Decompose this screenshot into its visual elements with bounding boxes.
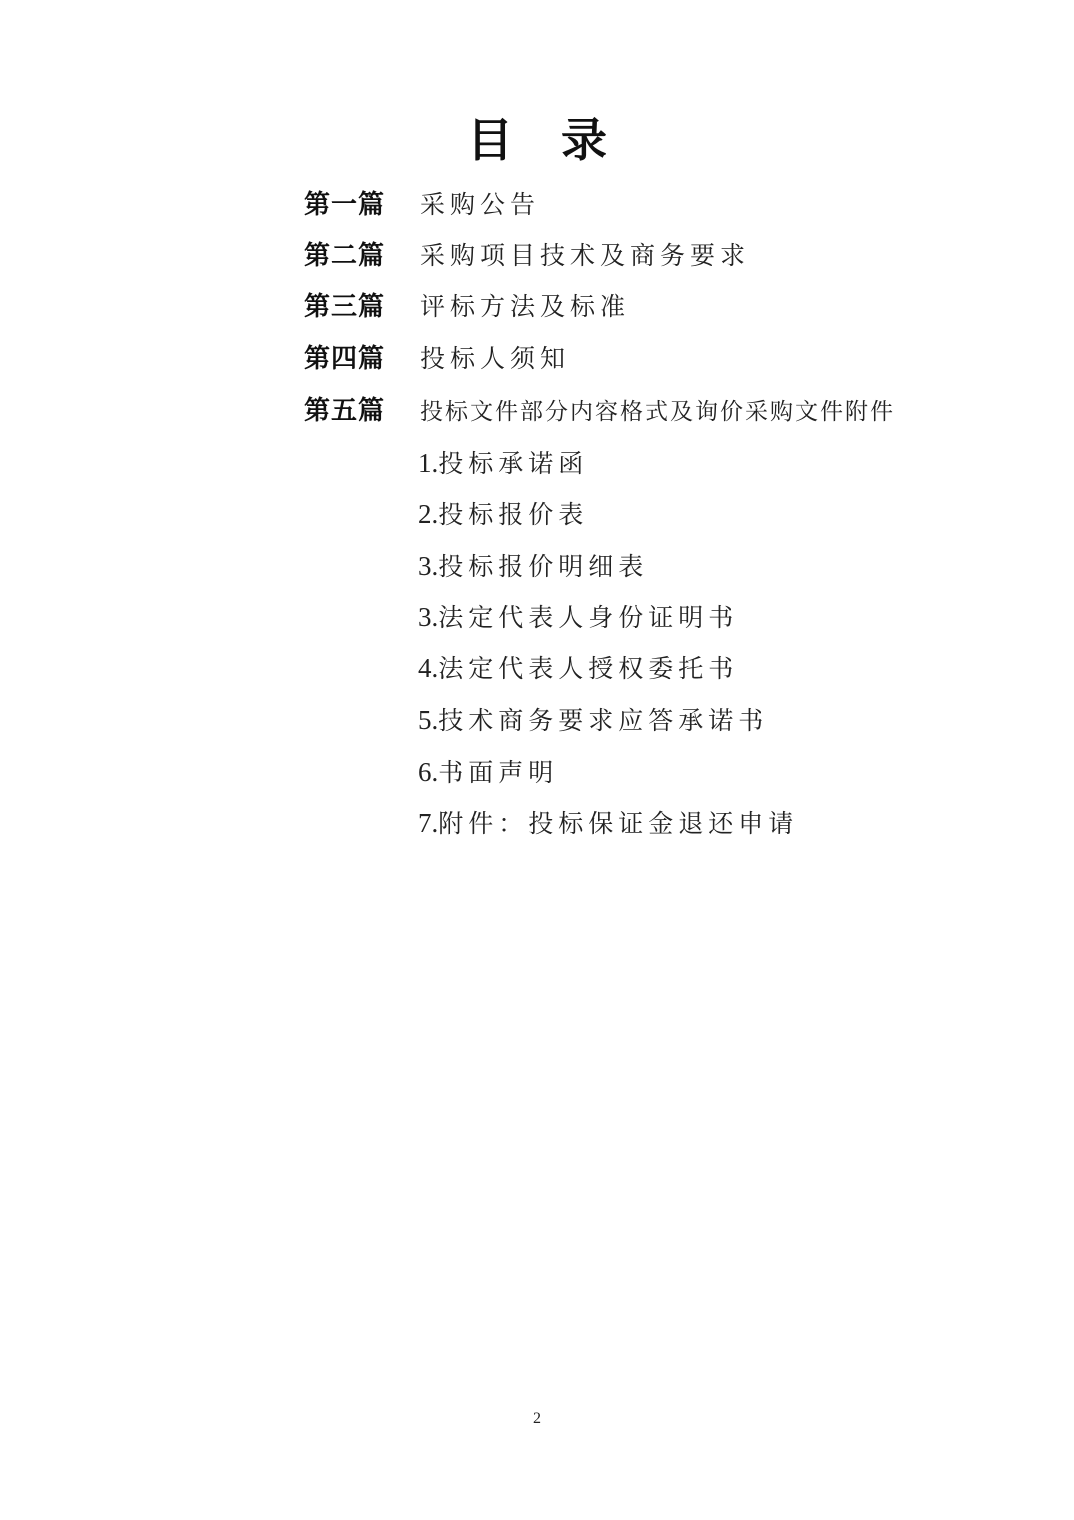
toc-part-label: 第五篇: [304, 391, 420, 431]
toc-part-label: 第三篇: [304, 287, 420, 327]
toc-attachment-number: 6.: [418, 757, 438, 787]
toc-part-label: 第一篇: [304, 185, 420, 225]
page-title: 目录: [0, 110, 1074, 170]
toc-attachment-number: 5.: [418, 705, 438, 735]
toc-attachment-text: 法定代表人身份证明书: [438, 603, 738, 632]
toc-attachment-number: 2.: [418, 499, 438, 529]
toc-attachment-8[interactable]: 7.附件：投标保证金退还申请: [418, 803, 798, 843]
page-title-char-2: 录: [561, 113, 607, 167]
toc-attachment-3[interactable]: 3.投标报价明细表: [418, 546, 648, 586]
toc-part-text: 投标文件部分内容格式及询价采购文件附件: [420, 392, 895, 432]
page-title-char-1: 目: [467, 113, 513, 167]
toc-part-1[interactable]: 第一篇采购公告: [304, 185, 540, 225]
toc-attachment-number: 3.: [418, 551, 438, 581]
toc-part-text: 投标人须知: [420, 339, 570, 379]
toc-attachment-text: 投标报价明细表: [438, 552, 648, 581]
toc-attachment-4[interactable]: 3.法定代表人身份证明书: [418, 597, 738, 637]
toc-attachment-number: 1.: [418, 448, 438, 478]
toc-attachment-text: 法定代表人授权委托书: [438, 654, 738, 683]
toc-part-text: 采购项目技术及商务要求: [420, 236, 750, 276]
toc-attachment-text: 投标承诺函: [438, 449, 588, 478]
toc-attachment-text: 技术商务要求应答承诺书: [438, 706, 768, 735]
toc-part-5[interactable]: 第五篇投标文件部分内容格式及询价采购文件附件: [304, 391, 895, 431]
toc-attachment-6[interactable]: 5.技术商务要求应答承诺书: [418, 700, 768, 740]
toc-part-4[interactable]: 第四篇投标人须知: [304, 339, 570, 379]
toc-attachment-number: 3.: [418, 602, 438, 632]
toc-attachment-number: 4.: [418, 653, 438, 683]
toc-attachment-number: 7.: [418, 808, 438, 838]
page-number: 2: [0, 1410, 1074, 1428]
toc-part-text: 采购公告: [420, 185, 540, 225]
toc-part-2[interactable]: 第二篇采购项目技术及商务要求: [304, 236, 750, 276]
toc-part-label: 第二篇: [304, 236, 420, 276]
toc-part-text: 评标方法及标准: [420, 287, 630, 327]
toc-part-3[interactable]: 第三篇评标方法及标准: [304, 287, 630, 327]
toc-attachment-text: 书面声明: [438, 758, 558, 787]
toc-part-label: 第四篇: [304, 339, 420, 379]
toc-attachment-text: 投标报价表: [438, 500, 588, 529]
toc-attachment-2[interactable]: 2.投标报价表: [418, 494, 588, 534]
toc-attachment-7[interactable]: 6.书面声明: [418, 752, 558, 792]
toc-attachment-1[interactable]: 1.投标承诺函: [418, 443, 588, 483]
toc-attachment-text: 附件：投标保证金退还申请: [438, 809, 798, 838]
toc-attachment-5[interactable]: 4.法定代表人授权委托书: [418, 648, 738, 688]
